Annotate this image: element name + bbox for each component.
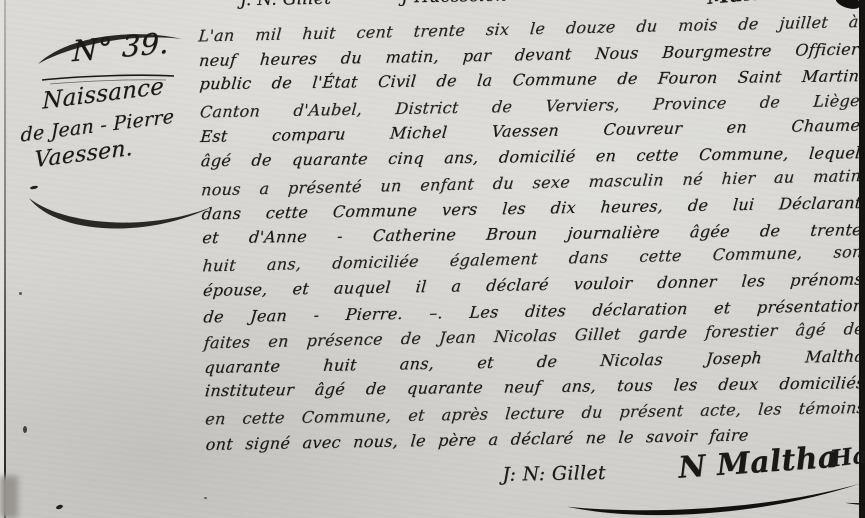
registry-scan-page: N° 39. Naissance de Jean - Pierre Vaesse… [0,0,865,518]
act-body: L'an mil huit cent trente six le douze d… [198,10,865,457]
binding-crease-line [4,0,6,518]
signature-flourish [564,478,865,518]
bottom-left-shadow [0,476,18,518]
margin-title: Naissance de Jean - Pierre Vaessen. [21,72,175,174]
ink-speck [56,504,64,510]
ink-speck [23,426,27,433]
previous-signature-gillet: J. N. Gillet [240,0,332,12]
previous-signature-right: Maltha [706,0,789,7]
signature-flourish-partial [843,486,865,510]
act-text-column: J. N. Gillet J Huesselen Maltha L'an mil… [198,0,865,518]
signature-row: J: N: Gillet N Maltha Hanauts [206,448,865,518]
ink-flourish-bottom [26,190,218,242]
margin-column: N° 39. Naissance de Jean - Pierre Vaesse… [14,8,196,258]
previous-signature-middle: J Huesselen [401,0,507,9]
ink-speck [19,292,22,295]
